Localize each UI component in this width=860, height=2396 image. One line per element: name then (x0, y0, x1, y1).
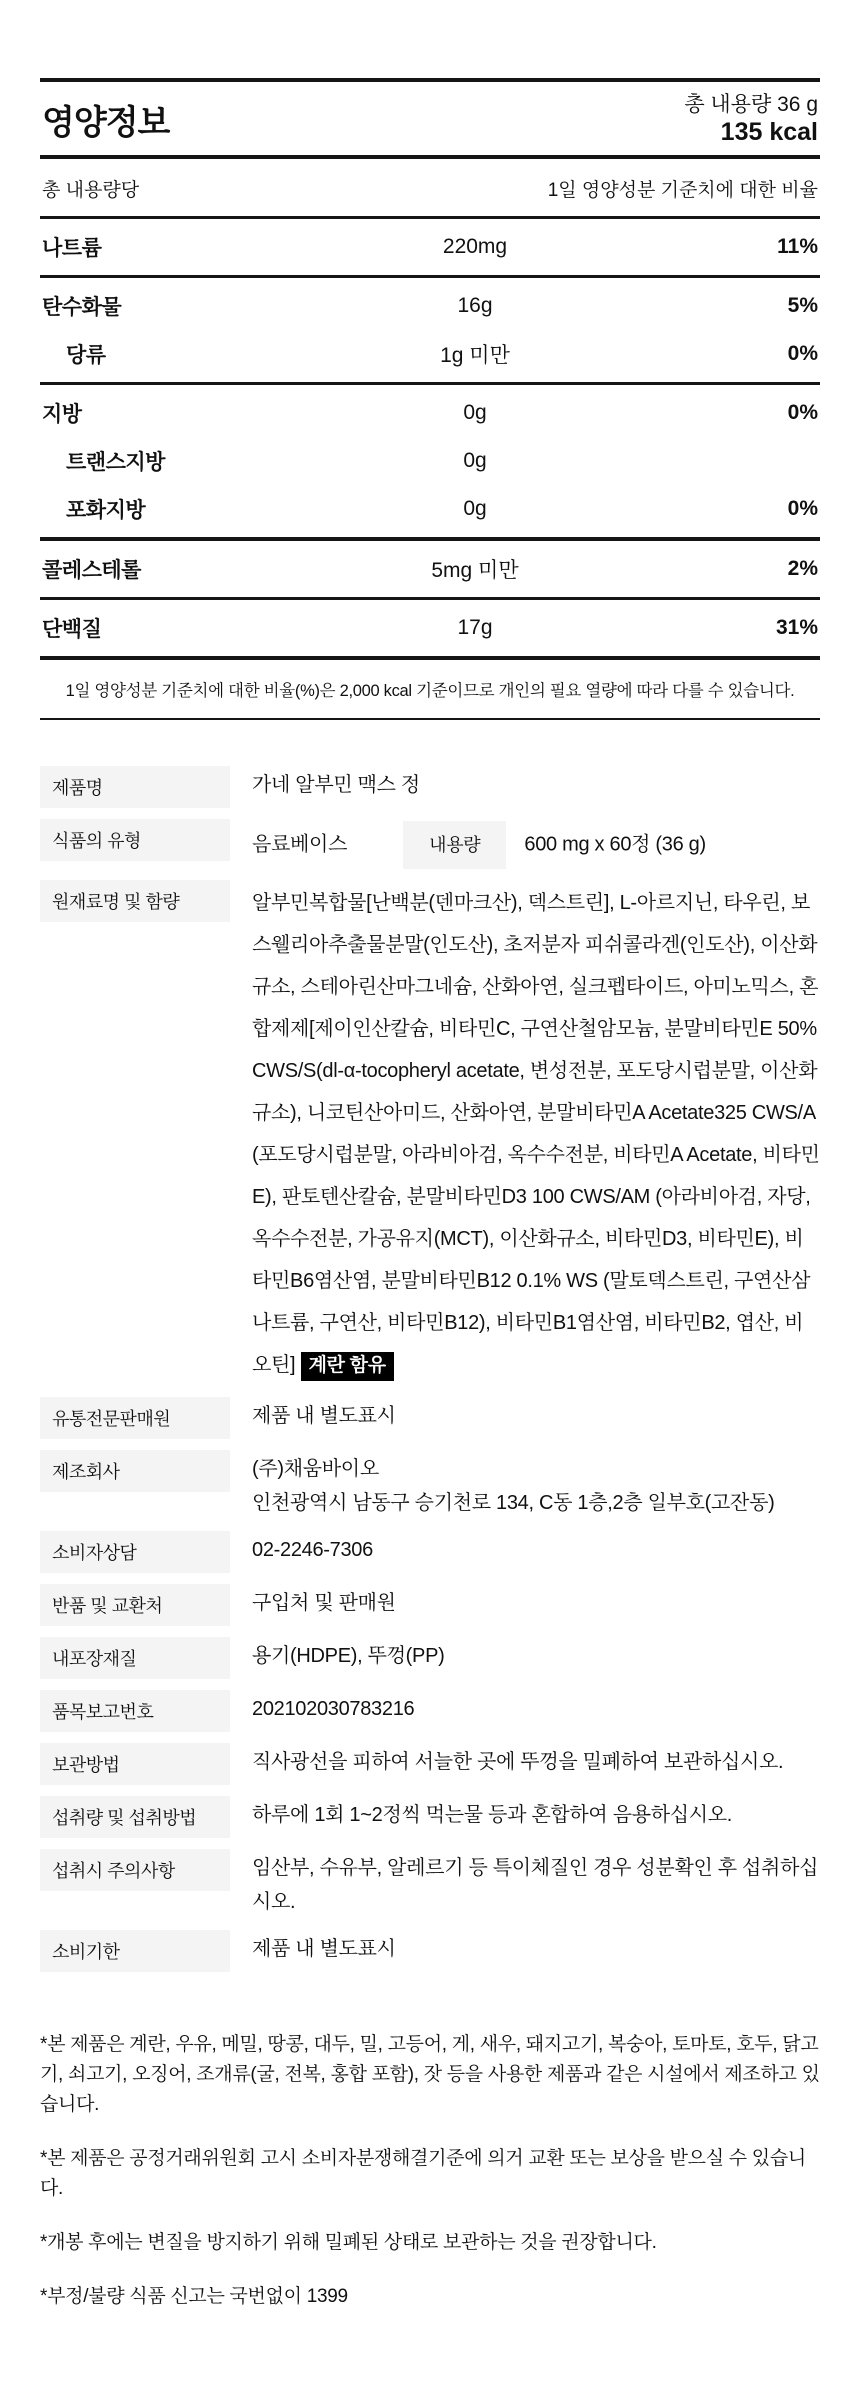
info-value-intake: 하루에 1회 1~2정씩 먹는물 등과 혼합하여 음용하십시오. (252, 1796, 732, 1832)
info-label-returns: 반품 및 교환처 (40, 1584, 230, 1626)
info-label-manufacturer: 제조회사 (40, 1450, 230, 1492)
daily-value-footnote: 1일 영양성분 기준치에 대한 비율(%)은 2,000 kcal 기준이므로 … (40, 660, 820, 720)
nutrition-header-right: 총 내용량 36 g 135 kcal (684, 92, 818, 147)
per-total-label: 총 내용량당 (42, 175, 139, 202)
info-label-ingredients: 원재료명 및 함량 (40, 880, 230, 922)
nutrient-group-carbs: 탄수화물 16g 5% 당류 1g 미만 0% (40, 278, 820, 385)
nutrition-title: 영양정보 (42, 95, 169, 144)
nutrient-amount: 5mg 미만 (262, 554, 688, 584)
nutrient-percent: 31% (688, 616, 818, 640)
info-value-report-number: 202102030783216 (252, 1690, 414, 1726)
nutrition-label-page: 영양정보 총 내용량 36 g 135 kcal 총 내용량당 1일 영양성분 … (0, 0, 860, 2396)
daily-value-label: 1일 영양성분 기준치에 대한 비율 (548, 175, 818, 202)
info-row-ingredients: 원재료명 및 함량 알부민복합물[난백분(덴마크산), 덱스트린], L-아르지… (40, 880, 820, 1386)
nutrient-name: 트랜스지방 (42, 446, 262, 476)
nutrient-percent: 0% (688, 497, 818, 521)
nutrient-amount: 220mg (262, 235, 688, 259)
nutrient-percent: 0% (688, 401, 818, 425)
info-value-distributor: 제품 내 별도표시 (252, 1397, 396, 1433)
info-value-expiration: 제품 내 별도표시 (252, 1930, 396, 1966)
total-amount: 총 내용량 36 g (684, 92, 818, 117)
nutrient-name: 단백질 (42, 613, 262, 643)
net-content-label: 내용량 (403, 821, 506, 869)
info-row-product-name: 제품명 가네 알부민 맥스 정 (40, 766, 820, 808)
info-row-storage: 보관방법 직사광선을 피하여 서늘한 곳에 뚜껑을 밀폐하여 보관하십시오. (40, 1743, 820, 1785)
note-allergen-facility: *본 제품은 계란, 우유, 메밀, 땅콩, 대두, 밀, 고등어, 게, 새우… (40, 2030, 820, 2120)
info-value-product-name: 가네 알부민 맥스 정 (252, 766, 420, 802)
nutrient-row-sodium: 나트륨 220mg 11% (40, 223, 820, 271)
food-type-value: 음료베이스 (252, 833, 347, 855)
nutrient-percent: 11% (688, 235, 818, 259)
info-row-customer-service: 소비자상담 02-2246-7306 (40, 1531, 820, 1573)
nutrient-group-sodium: 나트륨 220mg 11% (40, 219, 820, 278)
manufacturer-address: 인천광역시 남동구 승기천로 134, C동 1층,2층 일부호(고잔동) (252, 1486, 774, 1520)
info-value-manufacturer: (주)채움바이오 인천광역시 남동구 승기천로 134, C동 1층,2층 일부… (252, 1450, 774, 1520)
info-label-report-number: 품목보고번호 (40, 1690, 230, 1732)
nutrient-amount: 17g (262, 616, 688, 640)
net-content-value: 600 mg x 60정 (36 g) (524, 833, 706, 855)
info-row-caution: 섭취시 주의사항 임산부, 수유부, 알레르기 등 특이체질인 경우 성분확인 … (40, 1849, 820, 1919)
info-row-distributor: 유통전문판매원 제품 내 별도표시 (40, 1397, 820, 1439)
info-value-caution: 임산부, 수유부, 알레르기 등 특이체질인 경우 성분확인 후 섭취하십시오. (252, 1849, 820, 1919)
nutrient-row-trans-fat: 트랜스지방 0g (40, 437, 820, 485)
product-info-table: 제품명 가네 알부민 맥스 정 식품의 유형 음료베이스내용량600 mg x … (40, 766, 820, 1972)
info-value-storage: 직사광선을 피하여 서늘한 곳에 뚜껑을 밀폐하여 보관하십시오. (252, 1743, 783, 1779)
nutrition-subheader: 총 내용량당 1일 영양성분 기준치에 대한 비율 (40, 159, 820, 219)
info-label-caution: 섭취시 주의사항 (40, 1849, 230, 1891)
footer-notes: *본 제품은 계란, 우유, 메밀, 땅콩, 대두, 밀, 고등어, 게, 새우… (40, 2030, 820, 2312)
info-value-food-type: 음료베이스내용량600 mg x 60정 (36 g) (252, 819, 706, 869)
calories: 135 kcal (684, 117, 818, 147)
info-value-customer-service: 02-2246-7306 (252, 1531, 373, 1567)
nutrient-name: 지방 (42, 398, 262, 428)
nutrient-row-protein: 단백질 17g 31% (40, 604, 820, 652)
info-label-intake: 섭취량 및 섭취방법 (40, 1796, 230, 1838)
nutrient-name: 당류 (42, 339, 262, 369)
info-label-storage: 보관방법 (40, 1743, 230, 1785)
info-value-packaging: 용기(HDPE), 뚜껑(PP) (252, 1637, 444, 1673)
nutrient-percent: 2% (688, 557, 818, 581)
info-value-returns: 구입처 및 판매원 (252, 1584, 396, 1620)
nutrition-facts-table: 영양정보 총 내용량 36 g 135 kcal 총 내용량당 1일 영양성분 … (40, 78, 820, 720)
info-label-product-name: 제품명 (40, 766, 230, 808)
nutrient-group-protein: 단백질 17g 31% (40, 600, 820, 660)
nutrient-amount: 0g (262, 497, 688, 521)
info-row-intake: 섭취량 및 섭취방법 하루에 1회 1~2정씩 먹는물 등과 혼합하여 음용하십… (40, 1796, 820, 1838)
info-row-returns: 반품 및 교환처 구입처 및 판매원 (40, 1584, 820, 1626)
info-row-food-type: 식품의 유형 음료베이스내용량600 mg x 60정 (36 g) (40, 819, 820, 869)
info-row-expiration: 소비기한 제품 내 별도표시 (40, 1930, 820, 1972)
info-row-packaging: 내포장재질 용기(HDPE), 뚜껑(PP) (40, 1637, 820, 1679)
nutrition-header: 영양정보 총 내용량 36 g 135 kcal (40, 82, 820, 159)
manufacturer-name: (주)채움바이오 (252, 1452, 774, 1486)
nutrient-group-fat: 지방 0g 0% 트랜스지방 0g 포화지방 0g 0% (40, 385, 820, 541)
nutrient-name: 콜레스테롤 (42, 554, 262, 584)
nutrient-name: 포화지방 (42, 494, 262, 524)
nutrient-percent: 0% (688, 342, 818, 366)
nutrient-group-cholesterol: 콜레스테롤 5mg 미만 2% (40, 541, 820, 600)
info-label-food-type: 식품의 유형 (40, 819, 230, 861)
note-storage-after-opening: *개봉 후에는 변질을 방지하기 위해 밀폐된 상태로 보관하는 것을 권장합니… (40, 2228, 820, 2258)
nutrient-amount: 0g (262, 401, 688, 425)
nutrient-row-cholesterol: 콜레스테롤 5mg 미만 2% (40, 545, 820, 593)
info-value-ingredients: 알부민복합물[난백분(덴마크산), 덱스트린], L-아르지닌, 타우린, 보스… (252, 880, 820, 1386)
info-label-packaging: 내포장재질 (40, 1637, 230, 1679)
nutrient-row-fat: 지방 0g 0% (40, 389, 820, 437)
nutrient-amount: 1g 미만 (262, 339, 688, 369)
note-consumer-dispute: *본 제품은 공정거래위원회 고시 소비자분쟁해결기준에 의거 교환 또는 보상… (40, 2144, 820, 2204)
info-label-expiration: 소비기한 (40, 1930, 230, 1972)
nutrient-percent: 5% (688, 294, 818, 318)
nutrient-name: 탄수화물 (42, 291, 262, 321)
info-label-customer-service: 소비자상담 (40, 1531, 230, 1573)
nutrient-amount: 16g (262, 294, 688, 318)
nutrient-amount: 0g (262, 449, 688, 473)
info-row-report-number: 품목보고번호 202102030783216 (40, 1690, 820, 1732)
egg-allergen-badge: 계란 함유 (301, 1352, 394, 1381)
nutrient-name: 나트륨 (42, 232, 262, 262)
nutrient-row-carbohydrate: 탄수화물 16g 5% (40, 282, 820, 330)
info-row-manufacturer: 제조회사 (주)채움바이오 인천광역시 남동구 승기천로 134, C동 1층,… (40, 1450, 820, 1520)
nutrient-row-saturated-fat: 포화지방 0g 0% (40, 485, 820, 533)
nutrient-row-sugars: 당류 1g 미만 0% (40, 330, 820, 378)
note-report-hotline: *부정/불량 식품 신고는 국번없이 1399 (40, 2282, 820, 2312)
info-label-distributor: 유통전문판매원 (40, 1397, 230, 1439)
ingredients-text: 알부민복합물[난백분(덴마크산), 덱스트린], L-아르지닌, 타우린, 보스… (252, 892, 820, 1376)
